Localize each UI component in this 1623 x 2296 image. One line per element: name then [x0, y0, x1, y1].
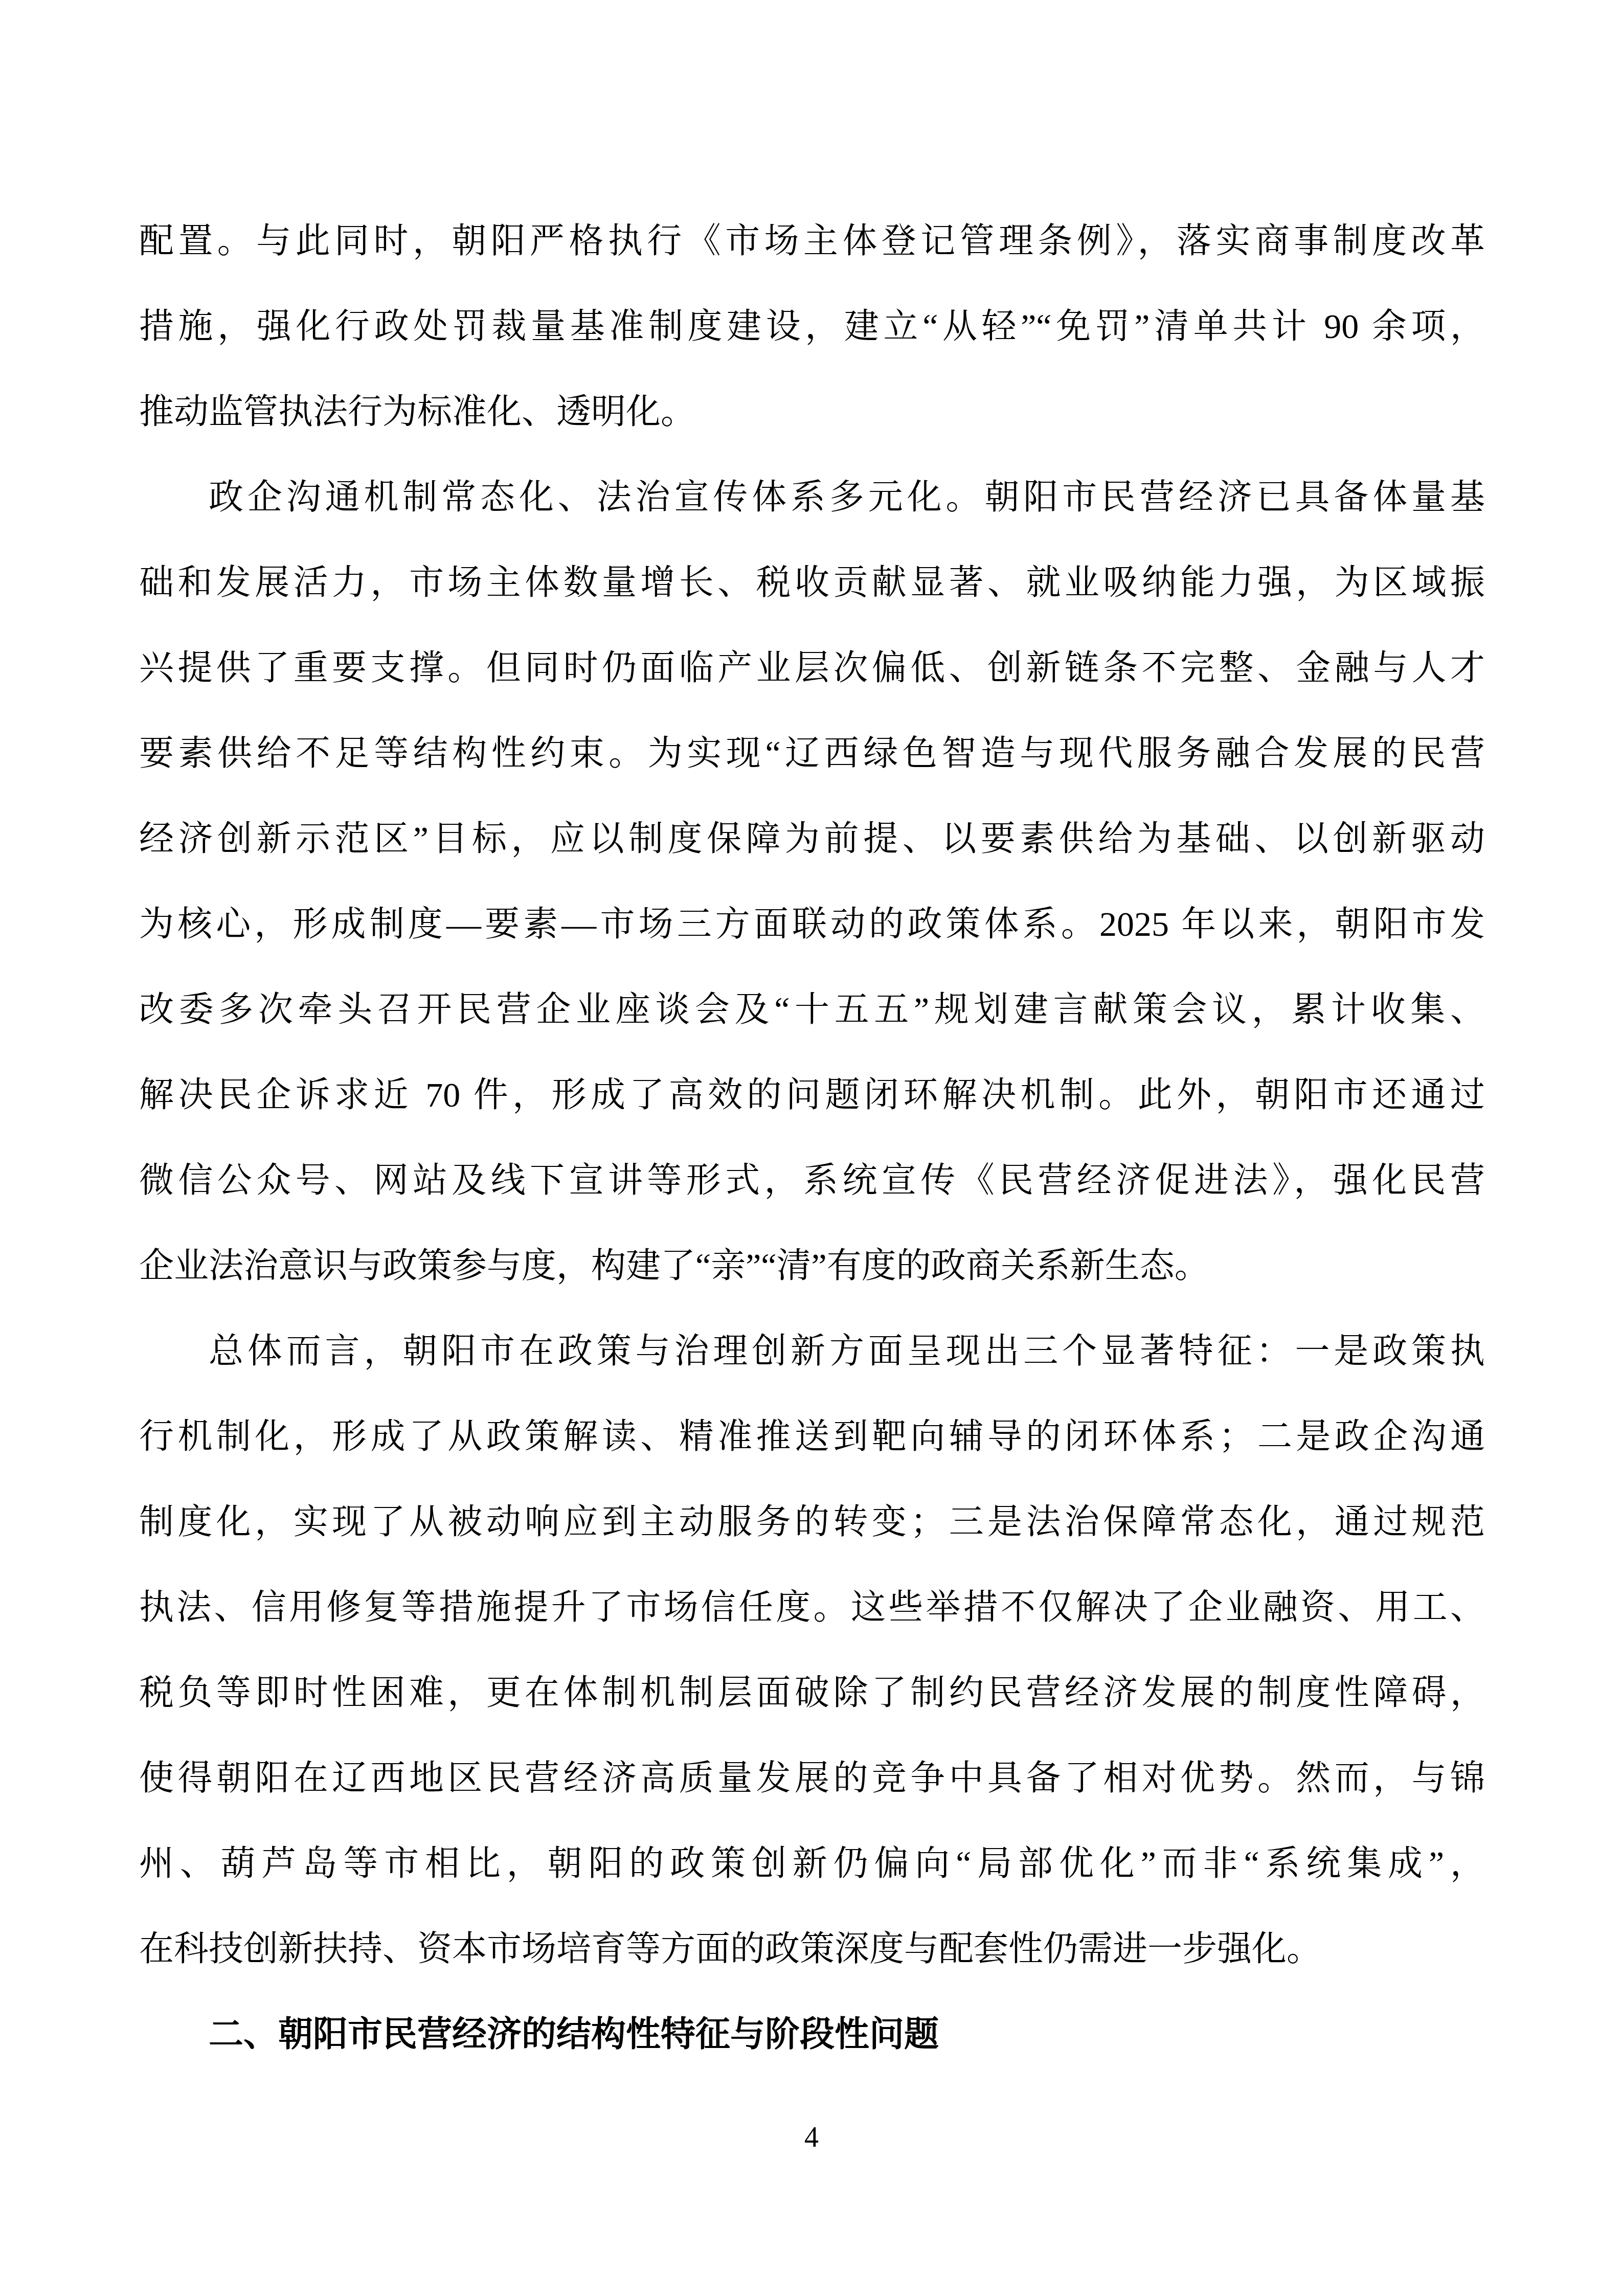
body-text-line: 经济创新示范区”目标，应以制度保障为前提、以要素供给为基础、以创新驱动 — [139, 796, 1485, 882]
body-text-line: 税负等即时性困难，更在体制机制层面破除了制约民营经济发展的制度性障碍， — [139, 1650, 1485, 1736]
body-text-line: 措施，强化行政处罚裁量基准制度建设，建立“从轻”“免罚”清单共计 90 余项， — [139, 284, 1485, 369]
body-text-line: 行机制化，形成了从政策解读、精准推送到靶向辅导的闭环体系；二是政企沟通 — [139, 1394, 1485, 1479]
body-text-line: 要素供给不足等结构性约束。为实现“辽西绿色智造与现代服务融合发展的民营 — [139, 711, 1485, 796]
body-text-line: 制度化，实现了从被动响应到主动服务的转变；三是法治保障常态化，通过规范 — [139, 1479, 1485, 1565]
document-page: 配置。与此同时，朝阳严格执行《市场主体登记管理条例》，落实商事制度改革 措施，强… — [0, 0, 1623, 2296]
body-text-line: 解决民企诉求近 70 件，形成了高效的问题闭环解决机制。此外，朝阳市还通过 — [139, 1052, 1485, 1138]
body-text-line: 为核心，形成制度—要素—市场三方面联动的政策体系。2025 年以来，朝阳市发 — [139, 882, 1485, 967]
page-footer: 4 — [0, 2117, 1623, 2158]
page-number: 4 — [804, 2122, 819, 2153]
body-text-line: 配置。与此同时，朝阳严格执行《市场主体登记管理条例》，落实商事制度改革 — [139, 198, 1485, 284]
body-text-line: 总体而言，朝阳市在政策与治理创新方面呈现出三个显著特征：一是政策执 — [139, 1309, 1485, 1394]
document-body: 配置。与此同时，朝阳严格执行《市场主体登记管理条例》，落实商事制度改革 措施，强… — [139, 198, 1485, 2077]
body-text-line: 改委多次牵头召开民营企业座谈会及“十五五”规划建言献策会议，累计收集、 — [139, 967, 1485, 1052]
section-heading: 二、朝阳市民营经济的结构性特征与阶段性问题 — [139, 1992, 1485, 2077]
body-text-line: 兴提供了重要支撑。但同时仍面临产业层次偏低、创新链条不完整、金融与人才 — [139, 625, 1485, 711]
body-text-line: 础和发展活力，市场主体数量增长、税收贡献显著、就业吸纳能力强，为区域振 — [139, 540, 1485, 625]
body-text-line: 推动监管执法行为标准化、透明化。 — [139, 369, 1485, 455]
body-text-line: 微信公众号、网站及线下宣讲等形式，系统宣传《民营经济促进法》，强化民营 — [139, 1138, 1485, 1223]
body-text-line: 企业法治意识与政策参与度，构建了“亲”“清”有度的政商关系新生态。 — [139, 1223, 1485, 1309]
body-text-line: 州、葫芦岛等市相比，朝阳的政策创新仍偏向“局部优化”而非“系统集成”， — [139, 1821, 1485, 1906]
body-text-line: 在科技创新扶持、资本市场培育等方面的政策深度与配套性仍需进一步强化。 — [139, 1906, 1485, 1992]
body-text-line: 政企沟通机制常态化、法治宣传体系多元化。朝阳市民营经济已具备体量基 — [139, 455, 1485, 540]
body-text-line: 执法、信用修复等措施提升了市场信任度。这些举措不仅解决了企业融资、用工、 — [139, 1565, 1485, 1650]
body-text-line: 使得朝阳在辽西地区民营经济高质量发展的竞争中具备了相对优势。然而，与锦 — [139, 1736, 1485, 1821]
